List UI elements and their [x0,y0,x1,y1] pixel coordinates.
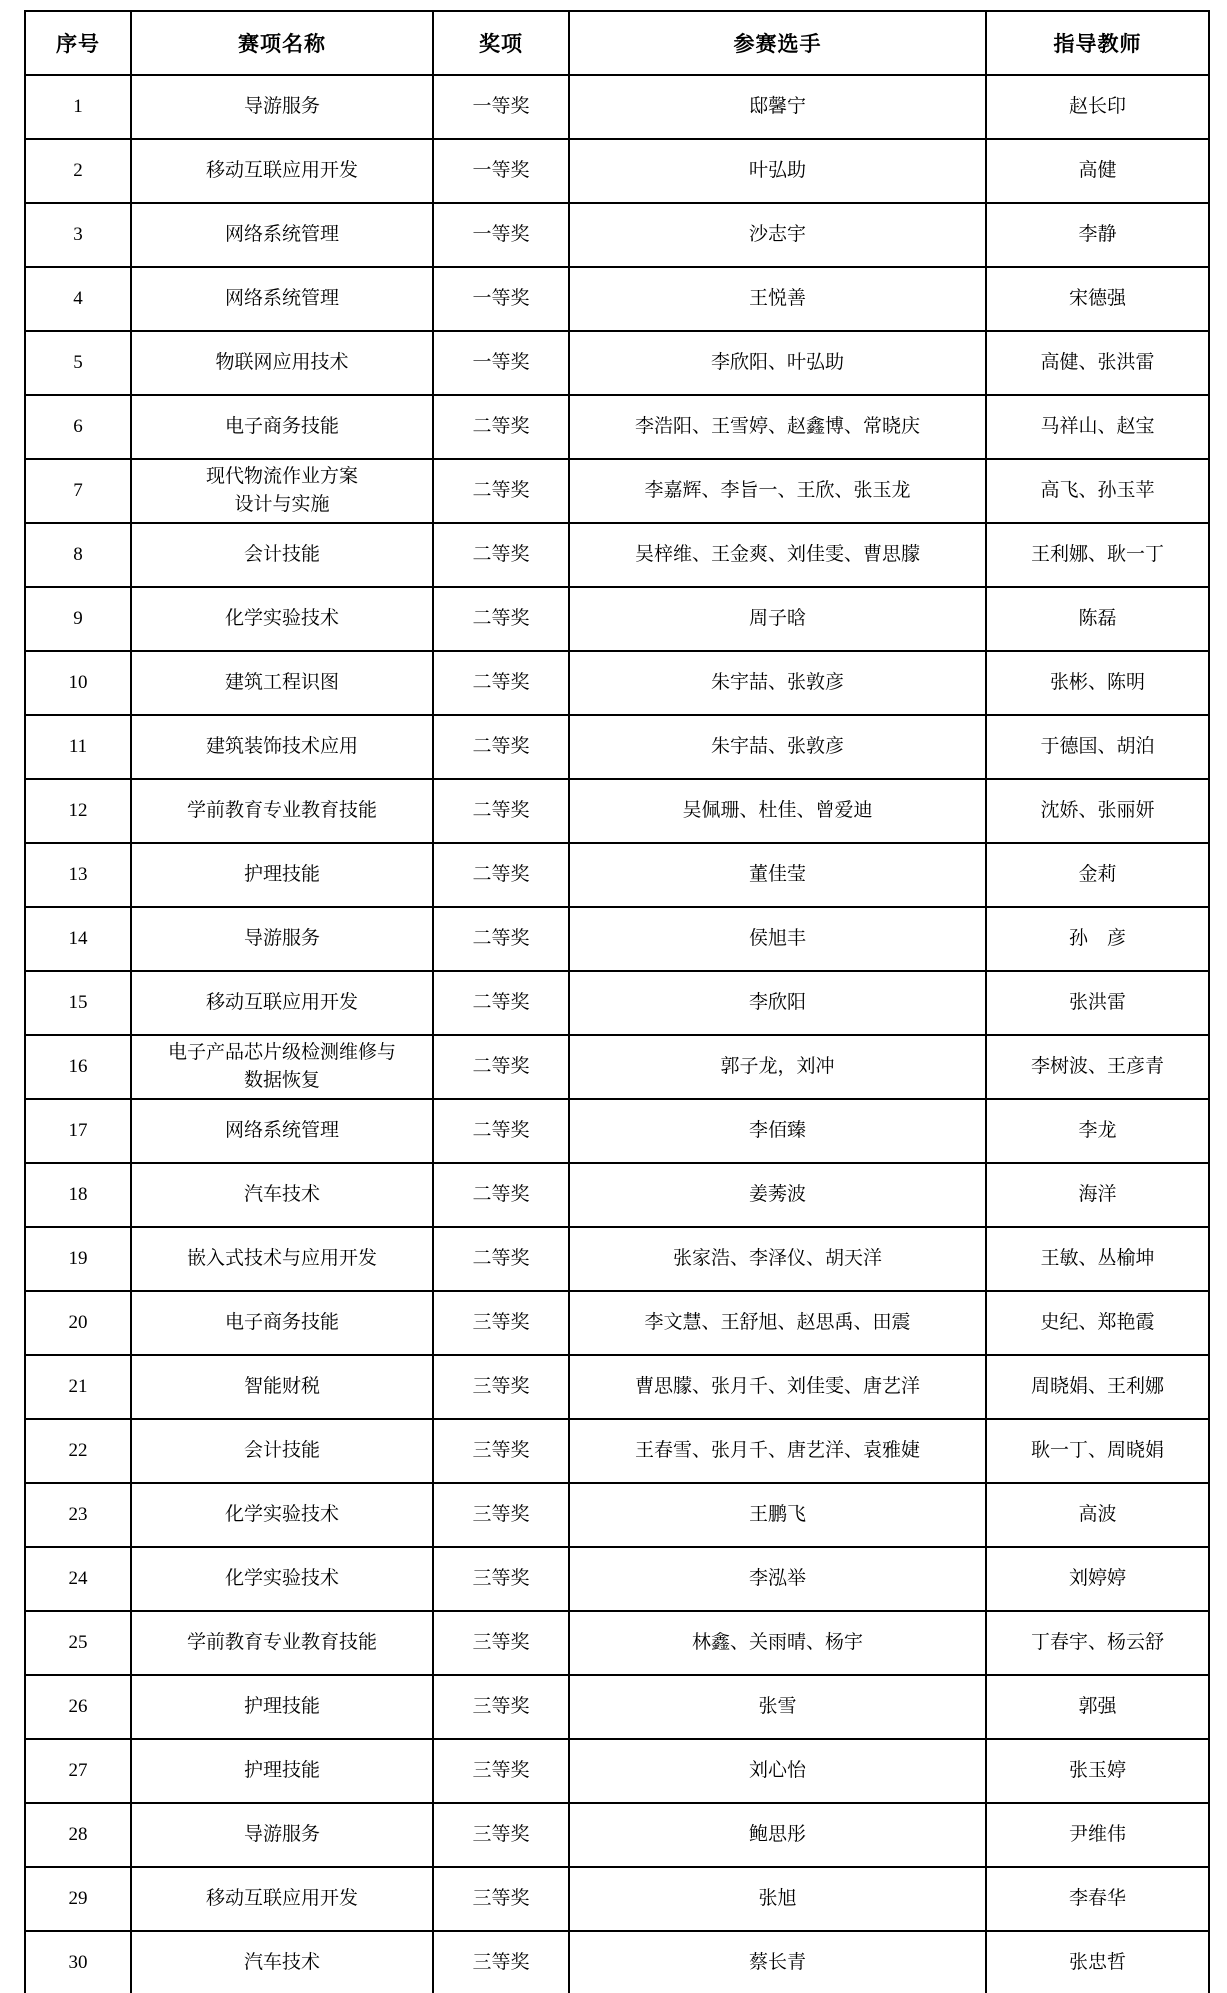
cell-award: 二等奖 [433,523,569,587]
table-row: 16电子产品芯片级检测维修与 数据恢复二等奖郭子龙，刘冲李树波、王彦青 [25,1035,1209,1099]
cell-no: 1 [25,75,131,139]
cell-participants: 王春雪、张月千、唐艺洋、袁雅婕 [569,1419,986,1483]
cell-participants: 李泓举 [569,1547,986,1611]
cell-participants: 叶弘助 [569,139,986,203]
cell-event: 现代物流作业方案 设计与实施 [131,459,433,523]
cell-award: 三等奖 [433,1291,569,1355]
cell-teachers: 宋德强 [986,267,1209,331]
column-header-teachers: 指导教师 [986,11,1209,75]
cell-participants: 林鑫、关雨晴、杨宇 [569,1611,986,1675]
cell-award: 三等奖 [433,1931,569,1993]
cell-award: 一等奖 [433,75,569,139]
cell-event: 建筑工程识图 [131,651,433,715]
cell-event: 化学实验技术 [131,1483,433,1547]
table-row: 8会计技能二等奖吴梓维、王金爽、刘佳雯、曹思朦王利娜、耿一丁 [25,523,1209,587]
cell-participants: 李嘉辉、李旨一、王欣、张玉龙 [569,459,986,523]
cell-award: 二等奖 [433,779,569,843]
cell-award: 三等奖 [433,1355,569,1419]
cell-participants: 朱宇喆、张敦彦 [569,715,986,779]
cell-teachers: 郭强 [986,1675,1209,1739]
column-header-award: 奖项 [433,11,569,75]
cell-event: 建筑装饰技术应用 [131,715,433,779]
cell-award: 三等奖 [433,1483,569,1547]
cell-event: 化学实验技术 [131,1547,433,1611]
table-row: 12学前教育专业教育技能二等奖吴佩珊、杜佳、曾爱迪沈娇、张丽妍 [25,779,1209,843]
cell-teachers: 史纪、郑艳霞 [986,1291,1209,1355]
cell-award: 一等奖 [433,203,569,267]
cell-award: 一等奖 [433,331,569,395]
cell-participants: 郭子龙，刘冲 [569,1035,986,1099]
cell-teachers: 赵长印 [986,75,1209,139]
cell-teachers: 金莉 [986,843,1209,907]
cell-no: 5 [25,331,131,395]
cell-no: 25 [25,1611,131,1675]
cell-no: 3 [25,203,131,267]
cell-event: 智能财税 [131,1355,433,1419]
cell-award: 二等奖 [433,651,569,715]
cell-award: 三等奖 [433,1611,569,1675]
cell-event: 网络系统管理 [131,1099,433,1163]
cell-participants: 周子晗 [569,587,986,651]
cell-event: 移动互联应用开发 [131,971,433,1035]
table-row: 6电子商务技能二等奖李浩阳、王雪婷、赵鑫博、常晓庆马祥山、赵宝 [25,395,1209,459]
table-row: 19嵌入式技术与应用开发二等奖张家浩、李泽仪、胡天洋王敏、丛榆坤 [25,1227,1209,1291]
cell-participants: 蔡长青 [569,1931,986,1993]
table-body: 1导游服务一等奖邸馨宁赵长印2移动互联应用开发一等奖叶弘助高健3网络系统管理一等… [25,75,1209,1993]
table-row: 3网络系统管理一等奖沙志宇李静 [25,203,1209,267]
cell-participants: 李欣阳、叶弘助 [569,331,986,395]
cell-teachers: 陈磊 [986,587,1209,651]
table-row: 14导游服务二等奖侯旭丰孙 彦 [25,907,1209,971]
cell-award: 三等奖 [433,1867,569,1931]
cell-event: 学前教育专业教育技能 [131,779,433,843]
cell-award: 二等奖 [433,395,569,459]
table-row: 17网络系统管理二等奖李佰臻李龙 [25,1099,1209,1163]
cell-participants: 李文慧、王舒旭、赵思禹、田震 [569,1291,986,1355]
cell-event: 网络系统管理 [131,267,433,331]
cell-award: 二等奖 [433,1227,569,1291]
cell-no: 29 [25,1867,131,1931]
table-row: 5物联网应用技术一等奖李欣阳、叶弘助高健、张洪雷 [25,331,1209,395]
cell-teachers: 海洋 [986,1163,1209,1227]
cell-event: 电子商务技能 [131,1291,433,1355]
table-row: 22会计技能三等奖王春雪、张月千、唐艺洋、袁雅婕耿一丁、周晓娟 [25,1419,1209,1483]
cell-teachers: 周晓娟、王利娜 [986,1355,1209,1419]
cell-teachers: 丁春宇、杨云舒 [986,1611,1209,1675]
cell-participants: 鲍思彤 [569,1803,986,1867]
cell-event: 嵌入式技术与应用开发 [131,1227,433,1291]
page: 序号 赛项名称 奖项 参赛选手 指导教师 1导游服务一等奖邸馨宁赵长印2移动互联… [0,0,1227,1993]
table-row: 9化学实验技术二等奖周子晗陈磊 [25,587,1209,651]
cell-no: 22 [25,1419,131,1483]
cell-no: 14 [25,907,131,971]
cell-award: 三等奖 [433,1675,569,1739]
cell-award: 二等奖 [433,843,569,907]
cell-participants: 刘心怡 [569,1739,986,1803]
cell-participants: 吴梓维、王金爽、刘佳雯、曹思朦 [569,523,986,587]
header-row: 序号 赛项名称 奖项 参赛选手 指导教师 [25,11,1209,75]
table-row: 13护理技能二等奖董佳莹金莉 [25,843,1209,907]
cell-event: 导游服务 [131,75,433,139]
table-row: 24化学实验技术三等奖李泓举刘婷婷 [25,1547,1209,1611]
cell-teachers: 高健 [986,139,1209,203]
cell-no: 28 [25,1803,131,1867]
cell-teachers: 孙 彦 [986,907,1209,971]
cell-no: 16 [25,1035,131,1099]
cell-teachers: 耿一丁、周晓娟 [986,1419,1209,1483]
table-row: 21智能财税三等奖曹思朦、张月千、刘佳雯、唐艺洋周晓娟、王利娜 [25,1355,1209,1419]
cell-event: 汽车技术 [131,1163,433,1227]
cell-award: 三等奖 [433,1739,569,1803]
cell-no: 30 [25,1931,131,1993]
table-row: 18汽车技术二等奖姜莠波海洋 [25,1163,1209,1227]
cell-no: 11 [25,715,131,779]
cell-no: 23 [25,1483,131,1547]
cell-participants: 姜莠波 [569,1163,986,1227]
cell-teachers: 于德国、胡泊 [986,715,1209,779]
cell-participants: 李欣阳 [569,971,986,1035]
cell-award: 三等奖 [433,1419,569,1483]
cell-no: 19 [25,1227,131,1291]
cell-award: 二等奖 [433,587,569,651]
table-row: 27护理技能三等奖刘心怡张玉婷 [25,1739,1209,1803]
table-row: 15移动互联应用开发二等奖李欣阳张洪雷 [25,971,1209,1035]
cell-teachers: 高健、张洪雷 [986,331,1209,395]
cell-award: 二等奖 [433,907,569,971]
cell-event: 护理技能 [131,843,433,907]
cell-event: 电子商务技能 [131,395,433,459]
cell-award: 一等奖 [433,139,569,203]
cell-teachers: 沈娇、张丽妍 [986,779,1209,843]
cell-event: 电子产品芯片级检测维修与 数据恢复 [131,1035,433,1099]
cell-event: 会计技能 [131,1419,433,1483]
cell-no: 21 [25,1355,131,1419]
cell-participants: 李浩阳、王雪婷、赵鑫博、常晓庆 [569,395,986,459]
cell-event: 网络系统管理 [131,203,433,267]
cell-event: 会计技能 [131,523,433,587]
cell-no: 18 [25,1163,131,1227]
cell-participants: 曹思朦、张月千、刘佳雯、唐艺洋 [569,1355,986,1419]
cell-award: 二等奖 [433,1035,569,1099]
cell-teachers: 高波 [986,1483,1209,1547]
cell-teachers: 王敏、丛榆坤 [986,1227,1209,1291]
cell-teachers: 张彬、陈明 [986,651,1209,715]
table-row: 30汽车技术三等奖蔡长青张忠哲 [25,1931,1209,1993]
cell-event: 护理技能 [131,1675,433,1739]
cell-no: 13 [25,843,131,907]
cell-teachers: 王利娜、耿一丁 [986,523,1209,587]
table-row: 23化学实验技术三等奖王鹏飞高波 [25,1483,1209,1547]
cell-award: 三等奖 [433,1803,569,1867]
cell-award: 二等奖 [433,1163,569,1227]
cell-no: 6 [25,395,131,459]
cell-award: 二等奖 [433,459,569,523]
cell-participants: 沙志宇 [569,203,986,267]
column-header-no: 序号 [25,11,131,75]
cell-teachers: 高飞、孙玉苹 [986,459,1209,523]
cell-event: 物联网应用技术 [131,331,433,395]
cell-award: 一等奖 [433,267,569,331]
table-row: 26护理技能三等奖张雪郭强 [25,1675,1209,1739]
cell-teachers: 张玉婷 [986,1739,1209,1803]
table-header: 序号 赛项名称 奖项 参赛选手 指导教师 [25,11,1209,75]
cell-award: 三等奖 [433,1547,569,1611]
cell-teachers: 李树波、王彦青 [986,1035,1209,1099]
column-header-participants: 参赛选手 [569,11,986,75]
cell-award: 二等奖 [433,1099,569,1163]
cell-teachers: 尹维伟 [986,1803,1209,1867]
cell-teachers: 张洪雷 [986,971,1209,1035]
cell-award: 二等奖 [433,971,569,1035]
table-row: 4网络系统管理一等奖王悦善宋德强 [25,267,1209,331]
cell-event: 导游服务 [131,1803,433,1867]
column-header-event: 赛项名称 [131,11,433,75]
cell-award: 二等奖 [433,715,569,779]
cell-event: 导游服务 [131,907,433,971]
cell-no: 4 [25,267,131,331]
cell-participants: 王鹏飞 [569,1483,986,1547]
cell-teachers: 李龙 [986,1099,1209,1163]
cell-event: 移动互联应用开发 [131,1867,433,1931]
cell-teachers: 张忠哲 [986,1931,1209,1993]
table-row: 25学前教育专业教育技能三等奖林鑫、关雨晴、杨宇丁春宇、杨云舒 [25,1611,1209,1675]
cell-no: 20 [25,1291,131,1355]
cell-no: 12 [25,779,131,843]
cell-teachers: 李静 [986,203,1209,267]
cell-event: 护理技能 [131,1739,433,1803]
cell-participants: 李佰臻 [569,1099,986,1163]
cell-participants: 吴佩珊、杜佳、曾爱迪 [569,779,986,843]
cell-teachers: 马祥山、赵宝 [986,395,1209,459]
table-row: 11建筑装饰技术应用二等奖朱宇喆、张敦彦于德国、胡泊 [25,715,1209,779]
cell-no: 8 [25,523,131,587]
cell-no: 10 [25,651,131,715]
cell-event: 汽车技术 [131,1931,433,1993]
table-row: 20电子商务技能三等奖李文慧、王舒旭、赵思禹、田震史纪、郑艳霞 [25,1291,1209,1355]
cell-participants: 朱宇喆、张敦彦 [569,651,986,715]
cell-event: 学前教育专业教育技能 [131,1611,433,1675]
cell-no: 26 [25,1675,131,1739]
cell-participants: 王悦善 [569,267,986,331]
cell-no: 17 [25,1099,131,1163]
cell-no: 24 [25,1547,131,1611]
table-row: 28导游服务三等奖鲍思彤尹维伟 [25,1803,1209,1867]
cell-teachers: 刘婷婷 [986,1547,1209,1611]
cell-event: 化学实验技术 [131,587,433,651]
cell-participants: 侯旭丰 [569,907,986,971]
cell-participants: 张家浩、李泽仪、胡天洋 [569,1227,986,1291]
cell-no: 27 [25,1739,131,1803]
cell-no: 7 [25,459,131,523]
cell-event: 移动互联应用开发 [131,139,433,203]
table-row: 10建筑工程识图二等奖朱宇喆、张敦彦张彬、陈明 [25,651,1209,715]
awards-table: 序号 赛项名称 奖项 参赛选手 指导教师 1导游服务一等奖邸馨宁赵长印2移动互联… [24,10,1210,1993]
cell-participants: 邸馨宁 [569,75,986,139]
table-row: 7现代物流作业方案 设计与实施二等奖李嘉辉、李旨一、王欣、张玉龙高飞、孙玉苹 [25,459,1209,523]
cell-participants: 张雪 [569,1675,986,1739]
cell-participants: 张旭 [569,1867,986,1931]
table-row: 29移动互联应用开发三等奖张旭李春华 [25,1867,1209,1931]
table-row: 1导游服务一等奖邸馨宁赵长印 [25,75,1209,139]
cell-no: 9 [25,587,131,651]
cell-no: 2 [25,139,131,203]
cell-participants: 董佳莹 [569,843,986,907]
table-row: 2移动互联应用开发一等奖叶弘助高健 [25,139,1209,203]
cell-teachers: 李春华 [986,1867,1209,1931]
cell-no: 15 [25,971,131,1035]
